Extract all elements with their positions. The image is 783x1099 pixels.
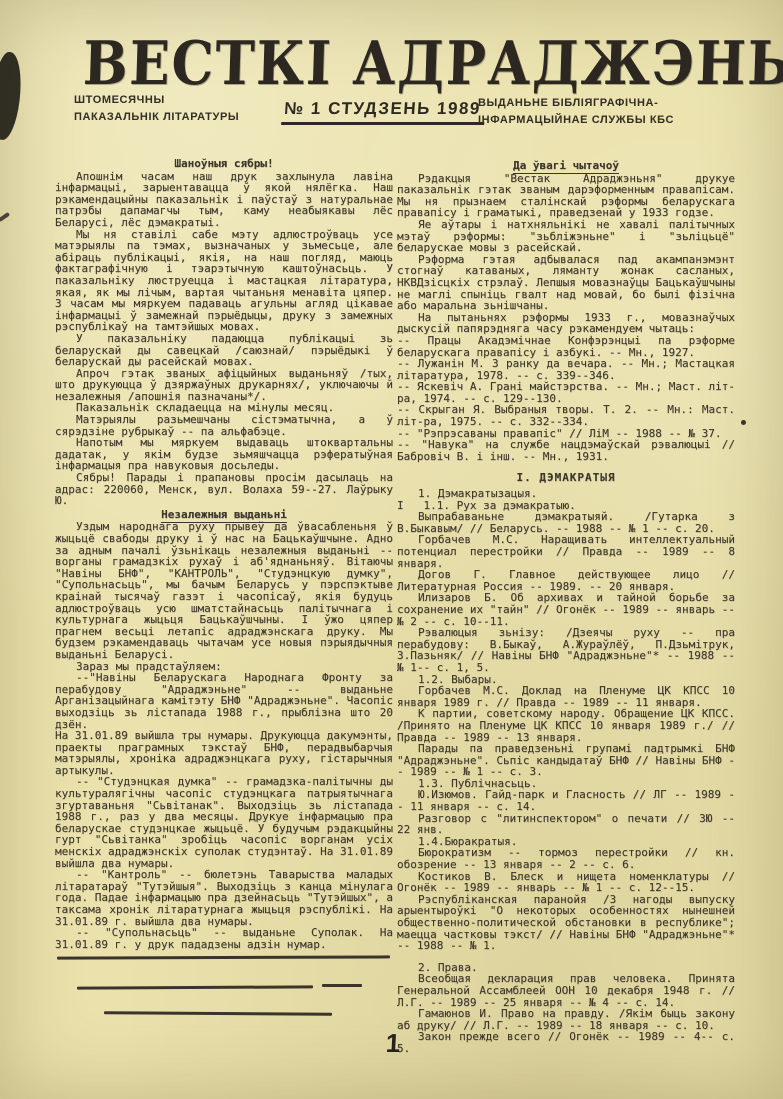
bib-entry: Рэспубліканская паранойя /З нагоды выпус… <box>397 894 735 952</box>
bib-entry: Догов Г. Главное действующее лицо // Лит… <box>397 569 735 592</box>
right-column: Да ўвагі чытачоў Рэдакцыя "Вестак Адрадж… <box>397 158 735 1055</box>
publication-title: ВЕСТКІ АДРАДЖЭНЬНЯ <box>82 34 783 94</box>
bib-entry: Выпрабаваньне дэмакратыяй. /Гутарка з В.… <box>397 511 735 534</box>
section-heading-democracy: І. ДЭМАКРАТЫЯ <box>397 472 735 484</box>
paragraph: Апроч гэтак званых афіцыйных выданьняў /… <box>55 368 393 403</box>
bib-entry: -- Працы Акадэмічнае Конфэрэнцыі па рэфо… <box>397 335 735 358</box>
masthead-left-label: ШТОМЕСЯЧНЫ ПАКАЗАЛЬНІК ЛІТАРАТУРЫ <box>74 92 239 126</box>
bib-entry: Парады па праведзеньні групамі падтрымкі… <box>397 743 735 778</box>
bib-entry: К партии, советскому народу. Обращение Ц… <box>397 708 735 743</box>
bib-entry: Илизаров Б. Об архивах и тайной борьбе з… <box>397 592 735 627</box>
page-number: 1 <box>377 1028 409 1059</box>
scanned-bulletin-page: ВЕСТКІ АДРАДЖЭНЬНЯ ШТОМЕСЯЧНЫ ПАКАЗАЛЬНІ… <box>0 0 783 1099</box>
paragraph: Яе аўтары і натхняльнікі не хавалі паліт… <box>397 219 735 254</box>
paragraph: На 31.01.89 выйшла тры нумары. Друкуюцца… <box>55 730 393 776</box>
bib-entry: Всеобщая декларация прав человека. Приня… <box>397 973 735 1008</box>
masthead-right-label: ВЫДАНЬНЕ БІБЛІЯГРАФІЧНА- ІНФАРМАЦЫЙНАЕ С… <box>478 95 674 129</box>
bib-entry: Рэвалюцыя зьнізу: /Дзеячы руху -- пра пе… <box>397 627 735 673</box>
paragraph: Напотым мы мяркуем выдаваць штоквартальн… <box>55 437 393 472</box>
masthead-left-label-line2: ПАКАЗАЛЬНІК ЛІТАРАТУРЫ <box>74 109 239 126</box>
masthead-right-label-line2: ІНФАРМАЦЫЙНАЕ СЛУЖБЫ КБС <box>478 112 674 129</box>
bib-entry: Горбачев М.С. Наращивать интеллектуальны… <box>397 534 735 569</box>
bib-entry: Разговор с "литинспектором" о печати // … <box>397 813 735 836</box>
paragraph: Рэформа гэтая адбывалася пад акампанэмэн… <box>397 254 735 312</box>
paragraph: Матэрыялы разьмешчаны сістэматычна, а ў … <box>55 414 393 437</box>
left-column: Шаноўныя сябры! Апошнім часам наш друк з… <box>55 158 393 950</box>
bib-entry: -- Яскевіч А. Грані майстэрства. -- Мн.;… <box>397 381 735 404</box>
heading-independent-editions: Незалежныя выданьні <box>55 509 393 521</box>
bib-entry: -- Лужанін М. З ранку да вечара. -- Мн.;… <box>397 358 735 381</box>
bib-entry: Бюрократизм -- тормоз перестройки // кн.… <box>397 847 735 870</box>
bib-entry: Закон прежде всего // Огонёк -- 1989 -- … <box>397 1031 735 1054</box>
divider-rule <box>104 1011 332 1016</box>
paragraph: Апошнім часам наш друк захлынула лавіна … <box>55 171 393 229</box>
paragraph: -- "Студэнцкая думка" -- грамадзка-паліт… <box>55 776 393 869</box>
bib-entry: Костиков В. Блеск и нищета номенклатуры … <box>397 871 735 894</box>
heading-readers-attention: Да ўвагі чытачоў <box>397 160 735 172</box>
masthead-left-label-line1: ШТОМЕСЯЧНЫ <box>74 92 239 109</box>
paragraph: -- "Супольнасьць" -- выданьне Суполак. Н… <box>55 927 393 950</box>
paragraph: Мы ня ставілі сабе мэту адлюстроўваць ус… <box>55 229 393 333</box>
divider-rule <box>57 955 390 959</box>
paragraph: --"Навіны Беларускага Народнага Фронту з… <box>55 672 393 730</box>
paragraph: У паказальніку падаюцца публікацыі зь бе… <box>55 333 393 368</box>
heading-dear-friends: Шаноўныя сябры! <box>55 158 393 170</box>
scan-edge-mark <box>0 212 10 222</box>
bib-entry: Горбачев М.С. Доклад на Пленуме ЦК КПСС … <box>397 685 735 708</box>
paragraph: -- "Кантроль" -- бюлетэнь Таварыства мал… <box>55 869 393 927</box>
scan-edge-blob <box>0 51 25 142</box>
issue-number: № 1 СТУДЗЕНЬ 1989 <box>281 99 485 125</box>
bib-entry: -- Скрыган Я. Выбраныя творы. Т. 2. -- М… <box>397 404 735 427</box>
bib-entry: -- "Навука" на службе нацдэмаўскай рэвал… <box>397 439 735 462</box>
scan-speck <box>741 420 746 425</box>
divider-rule <box>77 985 313 989</box>
masthead-right-label-line1: ВЫДАНЬНЕ БІБЛІЯГРАФІЧНА- <box>478 95 674 112</box>
paragraph: Рэдакцыя "Вестак Адраджэньня" друкуе пак… <box>397 173 735 219</box>
paragraph: Уздым народнага руху прывеў да ўвасаблен… <box>55 521 393 660</box>
bib-entry: Гамаюнов И. Право на правду. /Якім быць … <box>397 1008 735 1031</box>
bib-entry: Ю.Изюмов. Гайд-парк и Гласность // ЛГ --… <box>397 789 735 812</box>
divider-rule <box>322 984 362 987</box>
subsection-heading: 1. Дэмакратызацыя. <box>397 488 735 500</box>
paragraph: Сябры! Парады і прапановы просім дасылац… <box>55 472 393 507</box>
paragraph: На пытаньнях рэформы 1933 г., мовазнаўчы… <box>397 312 735 335</box>
